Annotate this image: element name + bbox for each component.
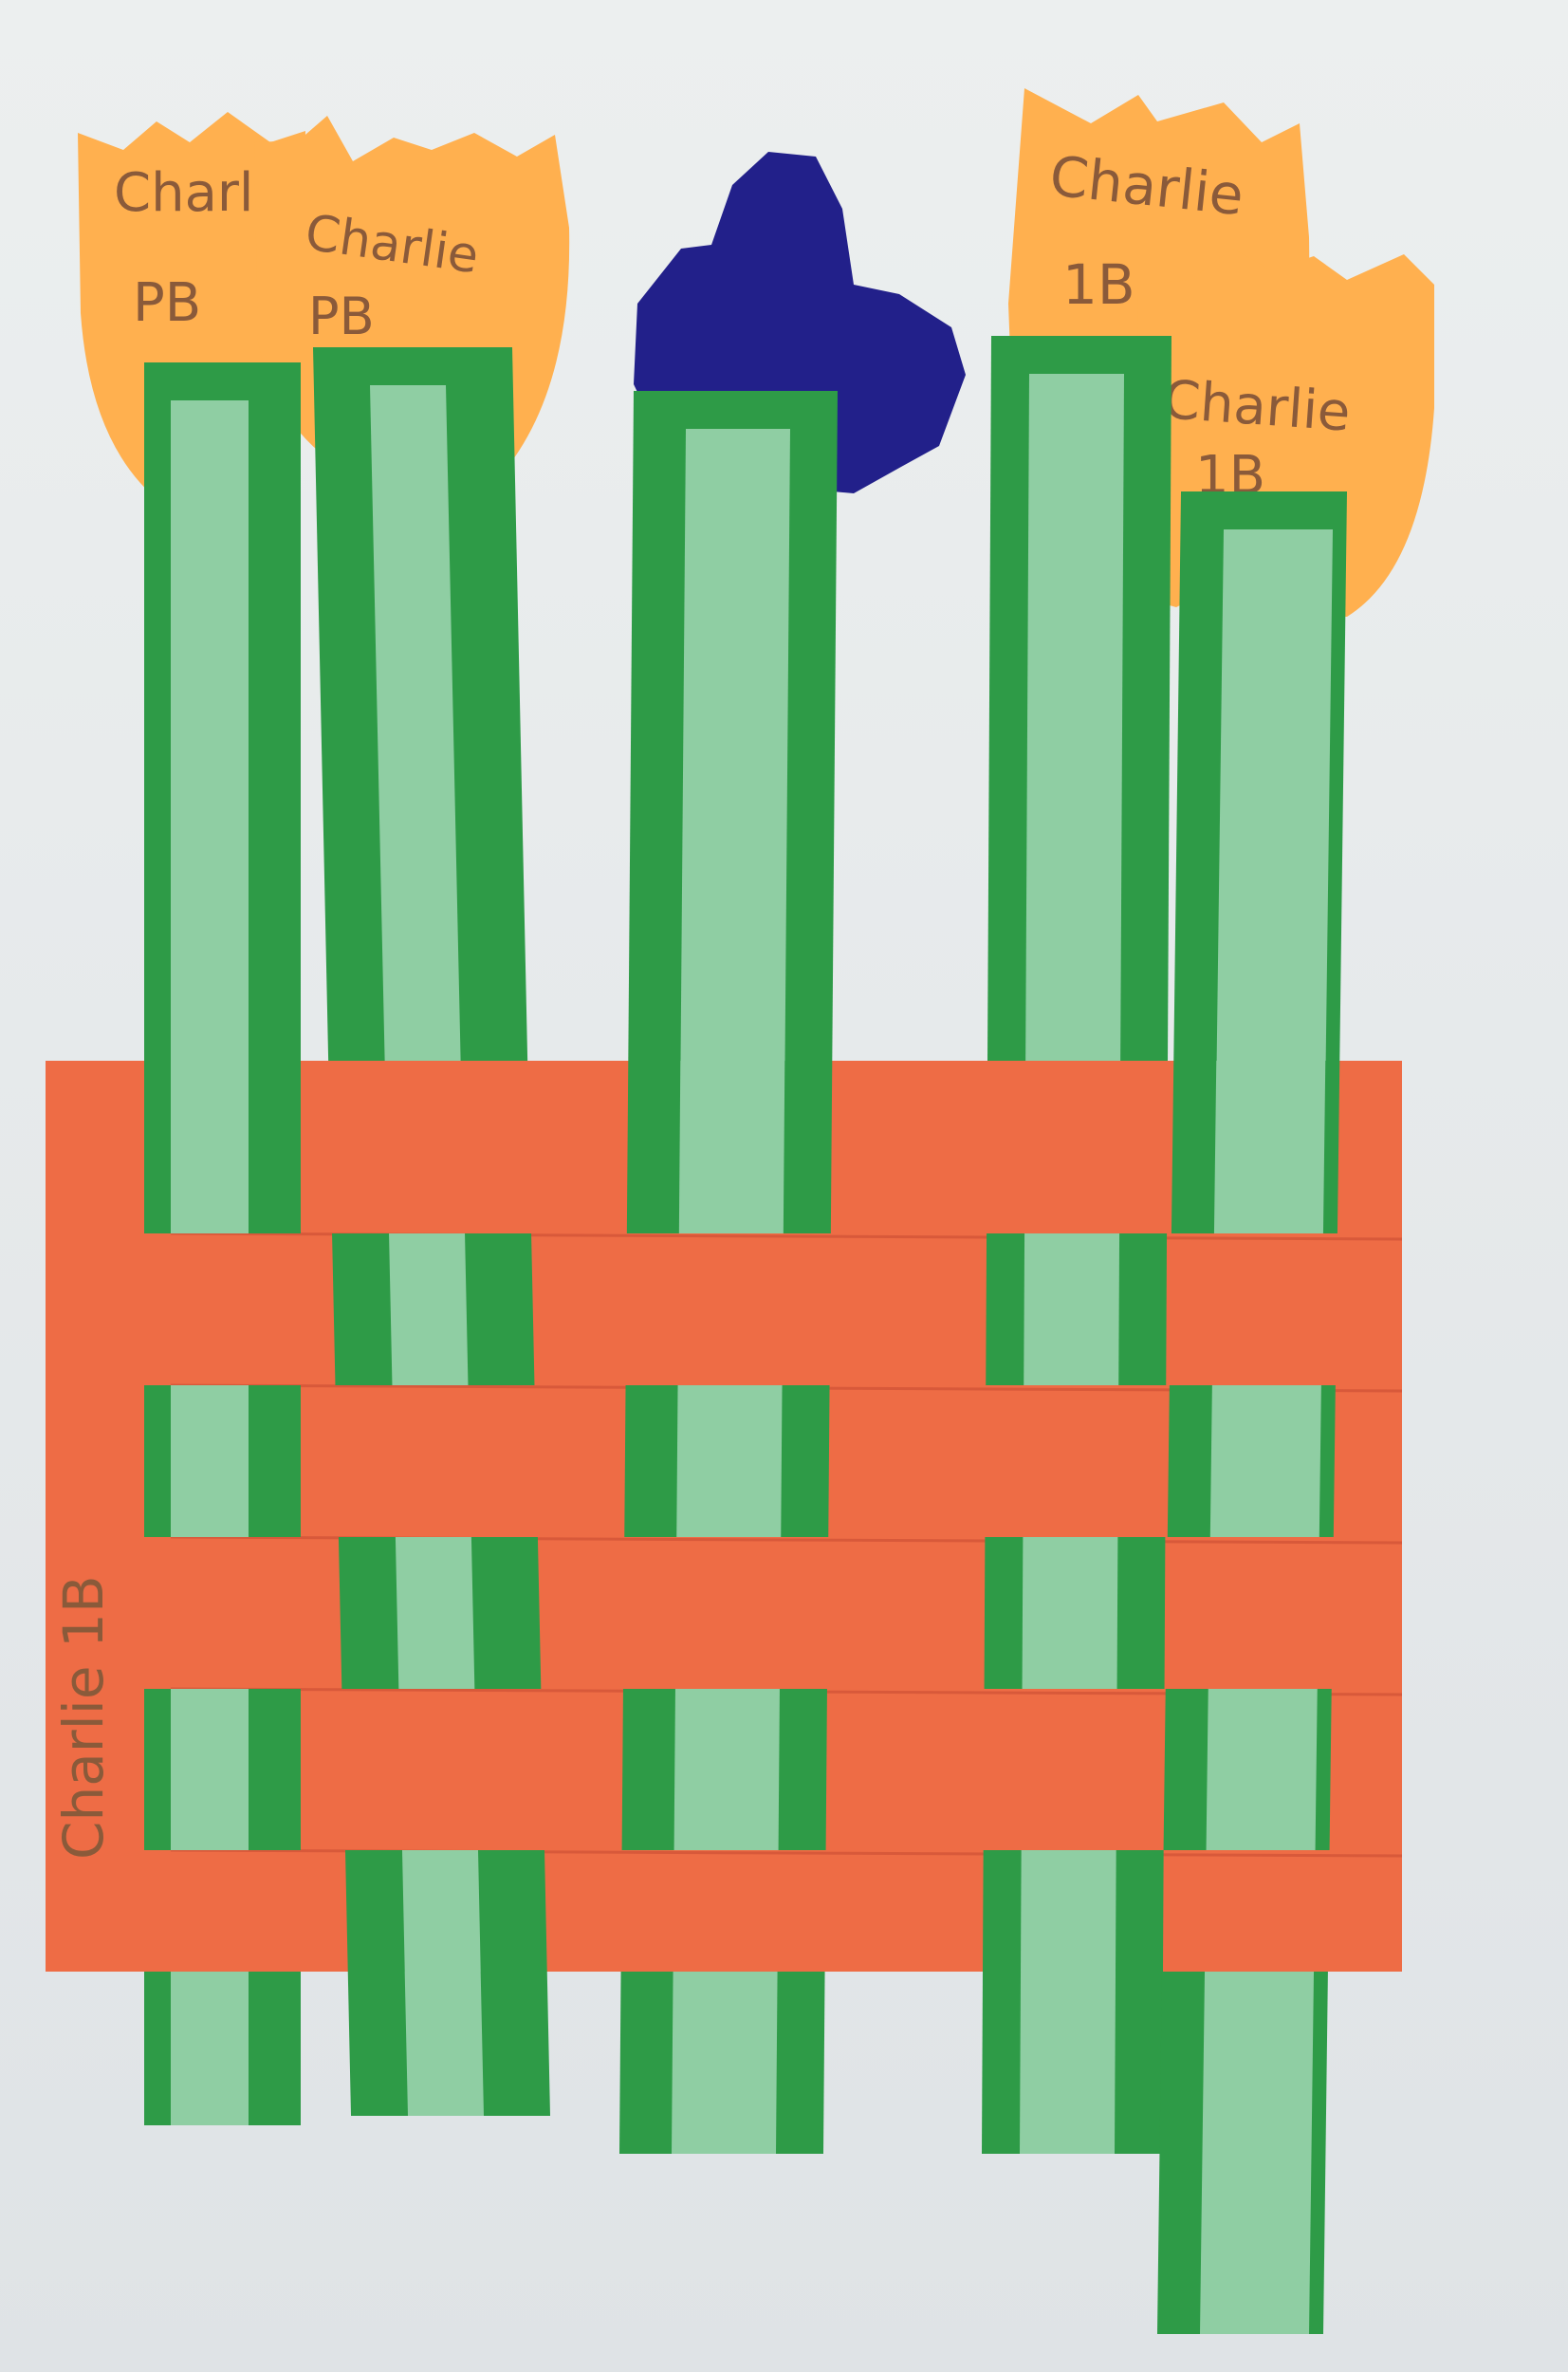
stem-1-weave-5	[144, 1689, 301, 1850]
tulip-2-class: PB	[308, 287, 375, 346]
stem-3-weave-3	[624, 1385, 829, 1537]
stem-3-weave-5	[622, 1689, 827, 1850]
stem-1-weave-1	[144, 1061, 301, 1233]
tulip-1-class: PB	[133, 272, 201, 334]
basket-signature: Charlie 1B	[51, 1575, 116, 1860]
tulip-5-name: Charlie	[1161, 369, 1353, 444]
stem-4-weave-6	[983, 1850, 1164, 1972]
stem-5-weave-1	[1171, 1061, 1339, 1233]
craft-scene: Charl PB Charlie PB Charlie 1B Charlie 1…	[0, 0, 1568, 2372]
stem-4-weave-2	[986, 1233, 1167, 1385]
tulip-1-name: Charl	[114, 162, 254, 224]
stem-4-weave-4	[985, 1537, 1166, 1689]
stem-1-weave-3	[144, 1385, 301, 1537]
tulip-4-class: 1B	[1062, 252, 1135, 317]
stem-2-weave-4	[339, 1537, 541, 1689]
stem-5-weave-5	[1164, 1689, 1332, 1850]
stem-2-weave-6	[345, 1850, 547, 1972]
stem-2-weave-2	[332, 1233, 534, 1385]
stem-3-weave-1	[627, 1061, 832, 1233]
stem-5-weave-3	[1168, 1385, 1336, 1537]
